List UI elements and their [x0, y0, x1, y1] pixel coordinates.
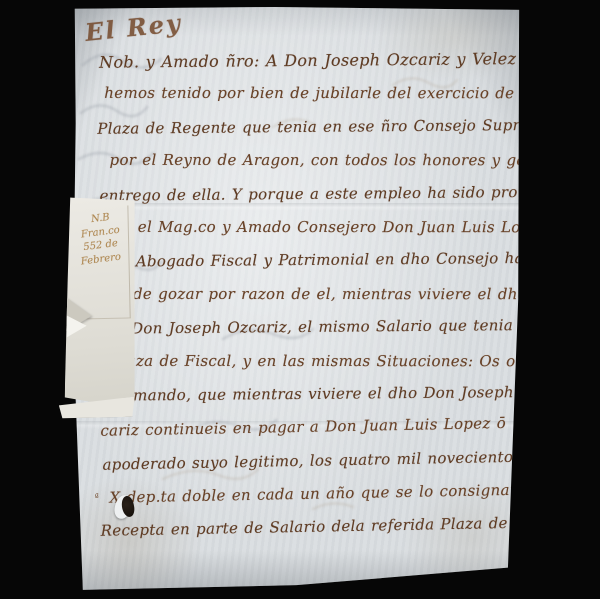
- archival-tab: N.BFran.co552 deFebrero: [65, 198, 138, 405]
- handwritten-line: Nob. y Amado ñro: A Don Joseph Ozcariz y…: [72, 49, 519, 86]
- manuscript-page: El Rey Nob. y Amado ñro: A Don Joseph Oz…: [73, 7, 520, 591]
- handwritten-line: hemos tenido por bien de jubilarle del e…: [72, 84, 519, 118]
- handwritten-line: el Mag.co y Amado Consejero Don Juan Lui…: [73, 218, 520, 252]
- handwritten-line: de gozar por razon de el, mientras vivie…: [73, 285, 520, 319]
- tab-fold-highlight: [66, 316, 86, 338]
- handwritten-line: entrego de ella. Y porque a este empleo …: [73, 183, 520, 220]
- handwritten-line: Don Joseph Ozcariz, el mismo Salario que…: [73, 316, 520, 353]
- handwritten-line: Plaza de Regente que tenia en ese ñro Co…: [72, 116, 519, 153]
- letter-body: Nob. y Amado ñro: A Don Joseph Ozcariz y…: [72, 50, 521, 552]
- paper-hole: [115, 493, 137, 521]
- handwritten-line: Plaza de Fiscal, y en las mismas Situaci…: [73, 351, 520, 385]
- handwritten-line: por el Reyno de Aragon, con todos los ho…: [73, 151, 520, 185]
- handwritten-line: Abogado Fiscal y Patrimonial en dho Cons…: [73, 249, 520, 286]
- handwritten-line: Recepta en parte de Salario dela referid…: [74, 514, 522, 556]
- photo-black-background: El Rey Nob. y Amado ñro: A Don Joseph Oz…: [0, 0, 600, 599]
